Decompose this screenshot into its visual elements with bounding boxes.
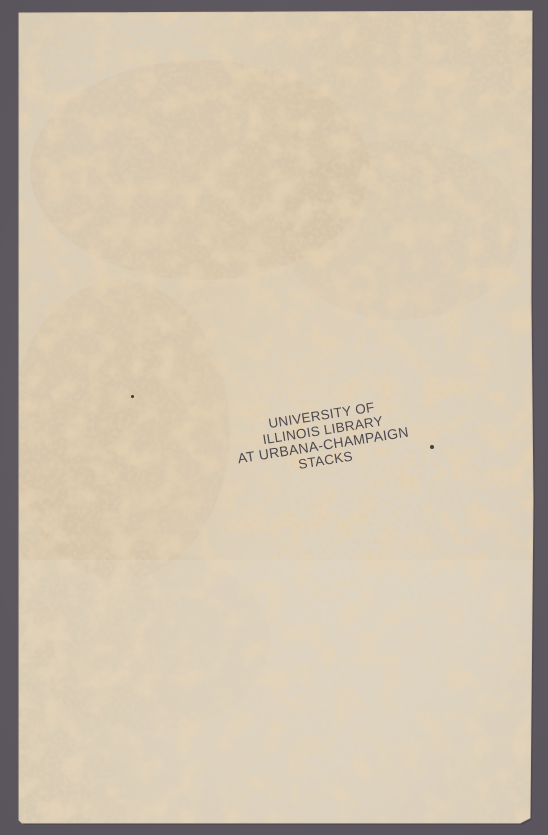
ink-speck: [131, 395, 134, 398]
paper-page: UNIVERSITY OF ILLINOIS LIBRARY AT URBANA…: [0, 0, 548, 835]
ink-speck: [430, 445, 434, 449]
